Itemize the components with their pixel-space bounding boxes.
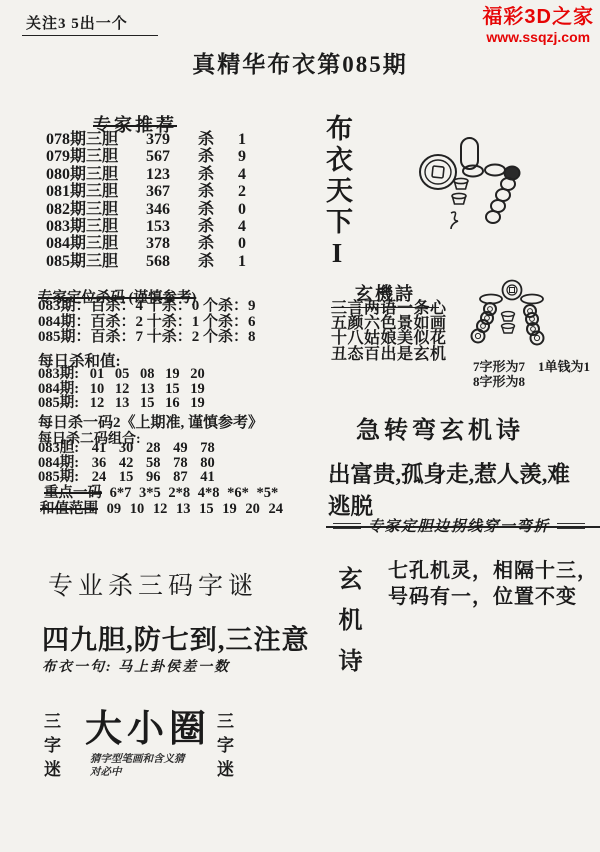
buyi-sentence: 布衣一句: 马上卦侯差一数	[42, 656, 230, 676]
table-row: 078期三胆379杀1	[46, 131, 246, 148]
table-row: 083期三胆153杀4	[46, 218, 246, 235]
poem-line: 十八姑娘美似花	[331, 331, 447, 346]
list-item: 084期: 36 42 58 78 80	[38, 456, 215, 471]
three-char-riddle-note: 猜字型笔画和含义猜 对必中	[90, 753, 185, 779]
buyi-tianxia-label: 布衣天下I	[318, 114, 357, 272]
table-row: 085期三胆568杀1	[46, 253, 246, 270]
divider-text: 专家定胆边拐线穿一弯折	[368, 515, 550, 536]
kill-three-riddle-text: 四九胆,防七到,三注意	[42, 618, 310, 657]
sum-range-value: 09 10 12 13 15 19 20 24	[107, 501, 283, 517]
xuanji-poem: 三言两语一条心 五颜六色景如画 十八姑娘美似花 丑态百出是玄机	[331, 301, 447, 362]
table-row: 084期三胆378杀0	[46, 235, 246, 252]
page-title: 真精华布衣第085期	[0, 46, 600, 79]
three-char-riddle-label-left: 三字迷	[38, 712, 63, 784]
daily-kill-two-rows: 083胆: 41 30 28 49 78 084期: 36 42 58 78 8…	[38, 441, 215, 485]
divider-rule-right	[557, 523, 585, 529]
expert-recommend-table: 078期三胆379杀1 079期三胆567杀9 080期三胆123杀4 081期…	[46, 131, 246, 270]
poem-line: 号码有一，位置不变	[388, 584, 598, 610]
sum-range-line: 和值范围 09 10 12 13 15 19 20 24	[40, 497, 283, 518]
bottom-xuanji-text: 七孔机灵，相隔十三， 号码有一，位置不变	[388, 558, 598, 610]
divider-rule-left	[333, 523, 361, 529]
daily-kill-sum-rows: 083期: 01 05 08 19 20 084期: 10 12 13 15 1…	[38, 367, 205, 411]
list-item: 085期：百杀：7 十杀：2 个杀：8	[38, 330, 256, 346]
list-item: 083期：百杀：4 十杀：0 个杀：9	[38, 299, 256, 315]
site-logo: 福彩3D之家 www.ssqzj.com	[482, 6, 594, 45]
list-item: 084期：百杀：2 十杀：1 个杀：6	[38, 315, 256, 331]
site-logo-name: 福彩3D之家	[482, 6, 594, 29]
position-kill-rows: 083期：百杀：4 十杀：0 个杀：9 084期：百杀：2 十杀：1 个杀：6 …	[38, 299, 256, 346]
sum-range-label: 和值范围	[40, 501, 98, 517]
lottery-prediction-sheet: 关注3 5出一个 福彩3D之家 www.ssqzj.com 真精华布衣第085期…	[0, 0, 600, 852]
list-item: 083胆: 41 30 28 49 78	[38, 441, 215, 456]
coin-arch-drawing-icon	[462, 276, 557, 360]
three-char-riddle-answer: 大小圈	[85, 698, 211, 752]
expert-dan-divider: 专家定胆边拐线穿一弯折	[333, 515, 585, 536]
table-row: 079期三胆567杀9	[46, 148, 246, 165]
poem-line: 丑态百出是玄机	[331, 347, 447, 362]
kill-three-riddle-title: 专业杀三码字谜	[48, 566, 258, 602]
table-row: 081期三胆367杀2	[46, 183, 246, 200]
poem-line: 三言两语一条心	[331, 301, 447, 316]
coin-figure-caption: 7字形为7 1单钱为1 8字形为8	[473, 359, 590, 389]
top-left-note: 关注3 5出一个	[22, 12, 158, 36]
bottom-xuanji-label: 玄机诗	[330, 566, 365, 689]
table-row: 082期三胆346杀0	[46, 201, 246, 218]
sharp-turn-poem-title: 急转弯玄机诗	[300, 410, 580, 445]
list-item: 083期: 01 05 08 19 20	[38, 367, 205, 382]
poem-line: 七孔机灵，相隔十三，	[388, 558, 598, 584]
three-char-riddle-label-right: 三字迷	[211, 712, 236, 784]
table-row: 080期三胆123杀4	[46, 166, 246, 183]
site-logo-url: www.ssqzj.com	[482, 29, 594, 45]
list-item: 085期: 12 13 15 16 19	[38, 396, 205, 411]
coin-chain-77-drawing-icon	[403, 128, 548, 242]
